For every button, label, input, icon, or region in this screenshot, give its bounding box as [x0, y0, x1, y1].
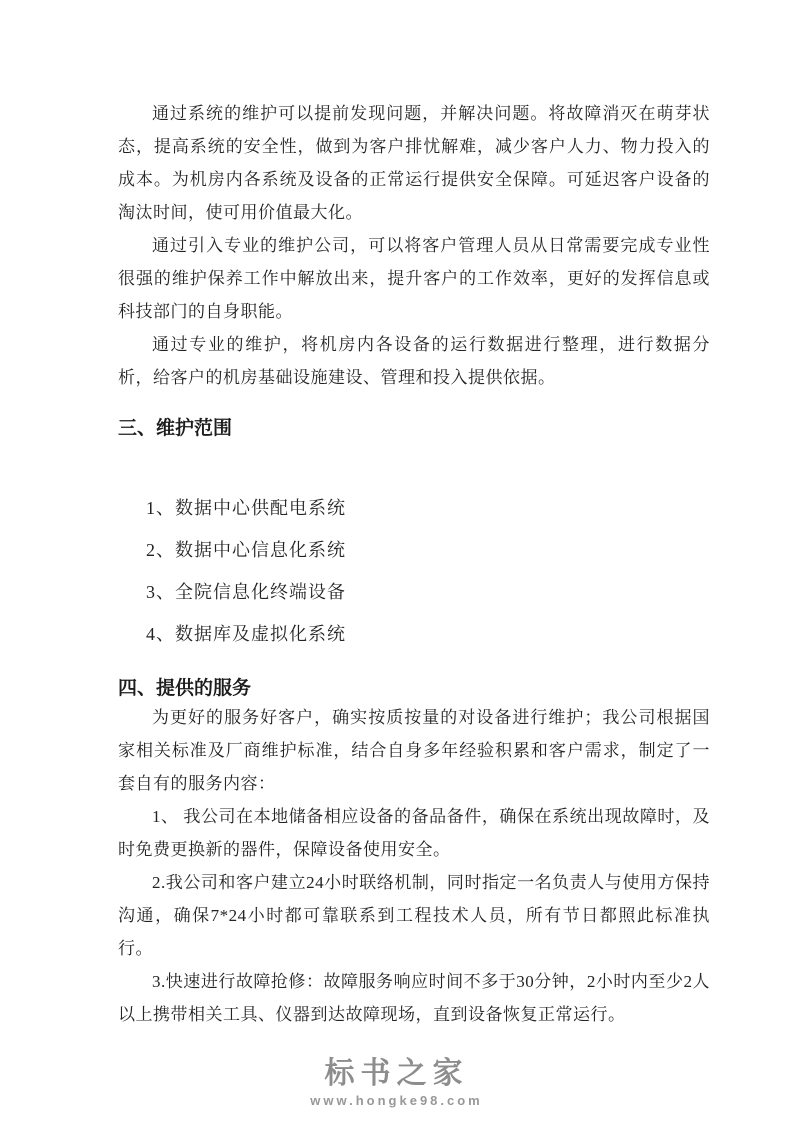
- watermark: 标书之家 www.hongke98.com: [0, 1058, 793, 1109]
- maintenance-scope-list: 1、数据中心供配电系统 2、数据中心信息化系统 3、全院信息化终端设备 4、数据…: [146, 487, 710, 655]
- service-item-paragraph: 3.快速进行故障抢修：故障服务响应时间不多于30分钟，2小时内至少2人以上携带相…: [118, 965, 710, 1031]
- scope-list-item: 1、数据中心供配电系统: [146, 487, 710, 529]
- document-content: 通过系统的维护可以提前发现问题，并解决问题。将故障消灭在萌芽状态，提高系统的安全…: [118, 0, 710, 1031]
- section-heading-services: 四、提供的服务: [118, 677, 710, 701]
- service-item-paragraph: 1、 我公司在本地储备相应设备的备品备件，确保在系统出现故障时，及时免费更换新的…: [118, 800, 710, 866]
- intro-paragraph-1: 通过系统的维护可以提前发现问题，并解决问题。将故障消灭在萌芽状态，提高系统的安全…: [118, 97, 710, 229]
- services-intro-paragraph: 为更好的服务好客户，确实按质按量的对设备进行维护；我公司根据国家相关标准及厂商维…: [118, 701, 710, 800]
- scope-list-item: 2、数据中心信息化系统: [146, 529, 710, 571]
- watermark-url-text: www.hongke98.com: [0, 1092, 793, 1109]
- service-item-paragraph: 2.我公司和客户建立24小时联络机制，同时指定一名负责人与使用方保持沟通，确保7…: [118, 866, 710, 965]
- intro-paragraph-3: 通过专业的维护，将机房内各设备的运行数据进行整理，进行数据分析，给客户的机房基础…: [118, 328, 710, 394]
- document-page: 通过系统的维护可以提前发现问题，并解决问题。将故障消灭在萌芽状态，提高系统的安全…: [0, 0, 793, 1122]
- scope-list-item: 3、全院信息化终端设备: [146, 571, 710, 613]
- intro-paragraph-2: 通过引入专业的维护公司，可以将客户管理人员从日常需要完成专业性很强的维护保养工作…: [118, 229, 710, 328]
- section-heading-maintenance-scope: 三、维护范围: [118, 417, 710, 441]
- scope-list-item: 4、数据库及虚拟化系统: [146, 613, 710, 655]
- watermark-logo-text: 标书之家: [0, 1058, 793, 1090]
